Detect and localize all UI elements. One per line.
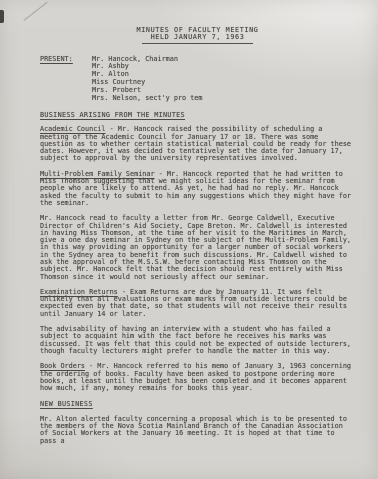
attendee-list: Mr. Hancock, Chairman Mr. Ashby Mr. Alto… (92, 56, 203, 103)
section-heading-new-business: NEW BUSINESS (40, 401, 355, 408)
paragraph-casw-proposal: Mr. Alton alerted faculty concerning a p… (40, 416, 355, 445)
paragraph-caldwell-letter: Mr. Hancock read to faculty a letter fro… (40, 215, 355, 281)
paragraph-examination-returns: Examination Returns - Exam Returns are d… (40, 289, 355, 318)
attendee-nelson: Mrs. Nelson, sect'y pro tem (92, 95, 203, 102)
scan-edge-mark (0, 10, 4, 23)
scan-crease-line (23, 2, 47, 21)
title-line-2: HELD JANUARY 7, 1963 (142, 34, 254, 43)
present-block: PRESENT: Mr. Hancock, Chairman Mr. Ashby… (40, 56, 355, 103)
paragraph-book-orders: Book Orders - Mr. Hancock referred to hi… (40, 363, 355, 392)
document-title-block: MINUTES OF FACULTY MEETING HELD JANUARY … (40, 27, 355, 44)
paragraph-failed-student-interview: The advisability of having an interview … (40, 326, 355, 355)
scanned-document-page: MINUTES OF FACULTY MEETING HELD JANUARY … (0, 0, 378, 479)
present-label: PRESENT: (40, 56, 92, 103)
paragraph-text: The advisability of having an interview … (40, 325, 351, 355)
paragraph-academic-council: Academic Council - Mr. Hancock raised th… (40, 126, 355, 162)
section-heading-business-arising: BUSINESS ARISING FROM THE MINUTES (40, 112, 355, 119)
paragraph-text: - Mr. Hancock referred to his memo of Ja… (40, 362, 351, 392)
document-body: MINUTES OF FACULTY MEETING HELD JANUARY … (40, 27, 355, 453)
paragraph-multi-problem-family-seminar: Multi-Problem Family Seminar - Mr. Hanco… (40, 171, 355, 207)
paragraph-text: Mr. Hancock read to faculty a letter fro… (40, 214, 351, 280)
paragraph-text: Mr. Alton alerted faculty concerning a p… (40, 415, 347, 445)
